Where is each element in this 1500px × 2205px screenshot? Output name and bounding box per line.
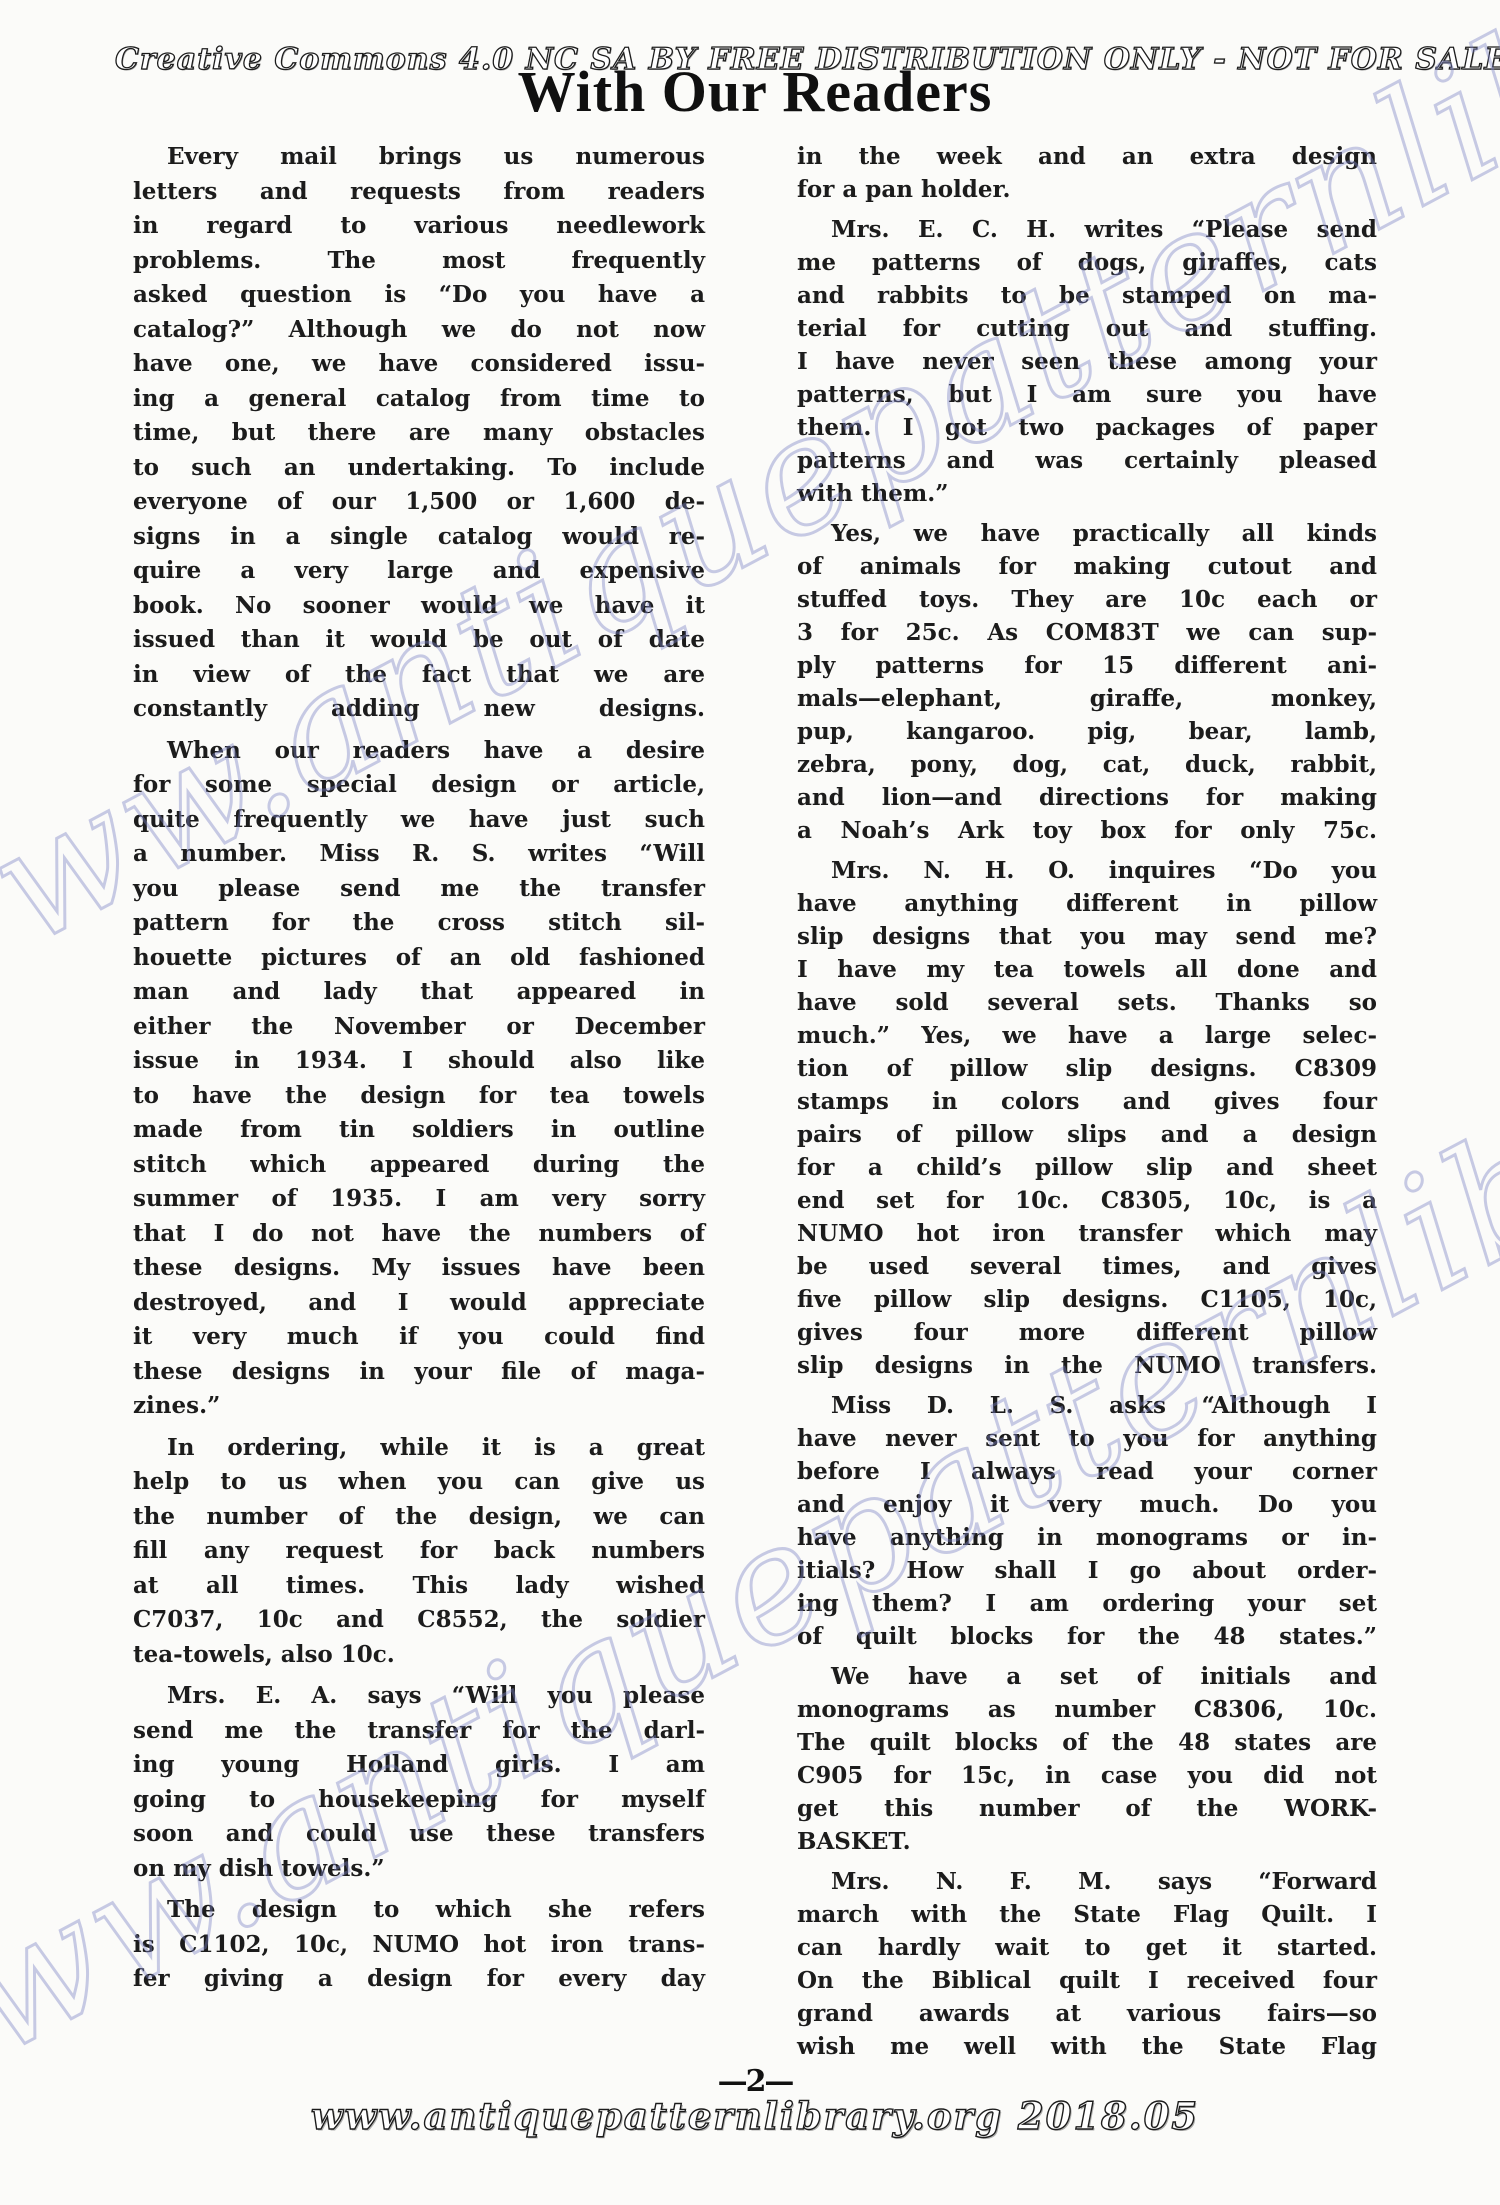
text-line: these designs in your file of maga- — [133, 1355, 705, 1390]
paragraph: We have a set of initials andmonograms a… — [797, 1660, 1377, 1858]
text-line: The quilt blocks of the 48 states are — [797, 1726, 1377, 1759]
text-line: made from tin soldiers in outline — [133, 1113, 705, 1148]
text-line: quite frequently we have just such — [133, 803, 705, 838]
paragraph: Miss D. L. S. asks “Although Ihave never… — [797, 1389, 1377, 1653]
text-line: these designs. My issues have been — [133, 1251, 705, 1286]
text-line: for a pan holder. — [797, 173, 1377, 206]
paragraph: The design to which she refersis C1102, … — [133, 1893, 705, 1997]
text-line: five pillow slip designs. C1105, 10c, — [797, 1283, 1377, 1316]
text-line: in view of the fact that we are — [133, 658, 705, 693]
text-line: can hardly wait to get it started. — [797, 1931, 1377, 1964]
text-line: with them.” — [797, 477, 1377, 510]
text-line: ing them? I am ordering your set — [797, 1587, 1377, 1620]
text-line: houette pictures of an old fashioned — [133, 941, 705, 976]
text-line: for some special design or article, — [133, 768, 705, 803]
paragraph: Mrs. E. C. H. writes “Please sendme patt… — [797, 213, 1377, 510]
text-line: In ordering, while it is a great — [133, 1431, 705, 1466]
text-line: Mrs. E. C. H. writes “Please send — [797, 213, 1377, 246]
text-line: wish me well with the State Flag — [797, 2030, 1377, 2063]
text-line: a Noah’s Ark toy box for only 75c. — [797, 814, 1377, 847]
text-line: to have the design for tea towels — [133, 1079, 705, 1114]
text-line: send me the transfer for the darl- — [133, 1714, 705, 1749]
text-line: tea-towels, also 10c. — [133, 1638, 705, 1673]
text-line: C7037, 10c and C8552, the soldier — [133, 1603, 705, 1638]
text-line: C905 for 15c, in case you did not — [797, 1759, 1377, 1792]
text-line: in the week and an extra design — [797, 140, 1377, 173]
text-line: Mrs. N. F. M. says “Forward — [797, 1865, 1377, 1898]
text-line: itials? How shall I go about order- — [797, 1554, 1377, 1587]
text-line: NUMO hot iron transfer which may — [797, 1217, 1377, 1250]
text-line: book. No sooner would we have it — [133, 589, 705, 624]
text-line: pup, kangaroo. pig, bear, lamb, — [797, 715, 1377, 748]
text-line: get this number of the WORK- — [797, 1792, 1377, 1825]
text-line: mals—elephant, giraffe, monkey, — [797, 682, 1377, 715]
text-line: either the November or December — [133, 1010, 705, 1045]
text-line: have anything different in pillow — [797, 887, 1377, 920]
paragraph: Every mail brings us numerousletters and… — [133, 140, 705, 727]
text-line: 3 for 25c. As COM83T we can sup- — [797, 616, 1377, 649]
text-line: me patterns of dogs, giraffes, cats — [797, 246, 1377, 279]
text-line: a number. Miss R. S. writes “Will — [133, 837, 705, 872]
text-line: signs in a single catalog would re- — [133, 520, 705, 555]
paragraph: When our readers have a desirefor some s… — [133, 734, 705, 1424]
text-line: soon and could use these transfers — [133, 1817, 705, 1852]
text-line: asked question is “Do you have a — [133, 278, 705, 313]
text-line: slip designs that you may send me? — [797, 920, 1377, 953]
text-line: it very much if you could find — [133, 1320, 705, 1355]
text-line: them. I got two packages of paper — [797, 411, 1377, 444]
text-line: pattern for the cross stitch sil- — [133, 906, 705, 941]
text-line: on my dish towels.” — [133, 1852, 705, 1887]
text-line: destroyed, and I would appreciate — [133, 1286, 705, 1321]
text-line: problems. The most frequently — [133, 244, 705, 279]
text-line: quire a very large and expensive — [133, 554, 705, 589]
text-line: When our readers have a desire — [133, 734, 705, 769]
footer-credit: www.antiquepatternlibrary.org 2018.05 — [130, 2094, 1380, 2138]
text-line: summer of 1935. I am very sorry — [133, 1182, 705, 1217]
text-line: I have my tea towels all done and — [797, 953, 1377, 986]
paragraph: Mrs. E. A. says “Will you pleasesend me … — [133, 1679, 705, 1886]
text-line: stitch which appeared during the — [133, 1148, 705, 1183]
text-line: at all times. This lady wished — [133, 1569, 705, 1604]
text-line: patterns and was certainly pleased — [797, 444, 1377, 477]
text-line: constantly adding new designs. — [133, 692, 705, 727]
text-line: patterns, but I am sure you have — [797, 378, 1377, 411]
text-line: to such an undertaking. To include — [133, 451, 705, 486]
text-line: that I do not have the numbers of — [133, 1217, 705, 1252]
text-line: end set for 10c. C8305, 10c, is a — [797, 1184, 1377, 1217]
text-line: slip designs in the NUMO transfers. — [797, 1349, 1377, 1382]
text-line: terial for cutting out and stuffing. — [797, 312, 1377, 345]
text-line: letters and requests from readers — [133, 175, 705, 210]
paragraph: In ordering, while it is a greathelp to … — [133, 1431, 705, 1673]
text-line: have one, we have considered issu- — [133, 347, 705, 382]
text-line: much.” Yes, we have a large selec- — [797, 1019, 1377, 1052]
paragraph: Mrs. N. F. M. says “Forwardmarch with th… — [797, 1865, 1377, 2063]
text-line: issued than it would be out of date — [133, 623, 705, 658]
text-line: and lion—and directions for making — [797, 781, 1377, 814]
text-line: you please send me the transfer — [133, 872, 705, 907]
text-line: Mrs. N. H. O. inquires “Do you — [797, 854, 1377, 887]
text-line: have never sent to you for anything — [797, 1422, 1377, 1455]
text-line: Every mail brings us numerous — [133, 140, 705, 175]
text-line: ing a general catalog from time to — [133, 382, 705, 417]
text-line: pairs of pillow slips and a design — [797, 1118, 1377, 1151]
text-line: going to housekeeping for myself — [133, 1783, 705, 1818]
text-line: be used several times, and gives — [797, 1250, 1377, 1283]
text-line: and enjoy it very much. Do you — [797, 1488, 1377, 1521]
text-line: and rabbits to be stamped on ma- — [797, 279, 1377, 312]
text-line: man and lady that appeared in — [133, 975, 705, 1010]
text-line: for a child’s pillow slip and sheet — [797, 1151, 1377, 1184]
text-line: We have a set of initials and — [797, 1660, 1377, 1693]
text-line: grand awards at various fairs—so — [797, 1997, 1377, 2030]
text-line: BASKET. — [797, 1825, 1377, 1858]
paragraph: Yes, we have practically all kindsof ani… — [797, 517, 1377, 847]
text-line: Miss D. L. S. asks “Although I — [797, 1389, 1377, 1422]
text-line: Mrs. E. A. says “Will you please — [133, 1679, 705, 1714]
text-line: is C1102, 10c, NUMO hot iron trans- — [133, 1928, 705, 1963]
text-line: ing young Holland girls. I am — [133, 1748, 705, 1783]
text-line: monograms as number C8306, 10c. — [797, 1693, 1377, 1726]
article-body: Every mail brings us numerousletters and… — [133, 140, 1377, 2070]
text-line: zebra, pony, dog, cat, duck, rabbit, — [797, 748, 1377, 781]
text-line: fer giving a design for every day — [133, 1962, 705, 1997]
text-line: gives four more different pillow — [797, 1316, 1377, 1349]
column-right: in the week and an extra designfor a pan… — [797, 140, 1377, 2070]
text-line: stamps in colors and gives four — [797, 1085, 1377, 1118]
text-line: I have never seen these among your — [797, 345, 1377, 378]
text-line: time, but there are many obstacles — [133, 416, 705, 451]
column-left: Every mail brings us numerousletters and… — [133, 140, 705, 2070]
text-line: of animals for making cutout and — [797, 550, 1377, 583]
text-line: stuffed toys. They are 10c each or — [797, 583, 1377, 616]
scanned-magazine-page: Creative Commons 4.0 NC SA BY FREE DISTR… — [0, 0, 1500, 2205]
text-line: ply patterns for 15 different ani- — [797, 649, 1377, 682]
text-line: the number of the design, we can — [133, 1500, 705, 1535]
text-line: catalog?” Although we do not now — [133, 313, 705, 348]
text-line: of quilt blocks for the 48 states.” — [797, 1620, 1377, 1653]
text-line: issue in 1934. I should also like — [133, 1044, 705, 1079]
paragraph: in the week and an extra designfor a pan… — [797, 140, 1377, 206]
text-line: have sold several sets. Thanks so — [797, 986, 1377, 1019]
text-line: tion of pillow slip designs. C8309 — [797, 1052, 1377, 1085]
text-line: The design to which she refers — [133, 1893, 705, 1928]
text-line: everyone of our 1,500 or 1,600 de- — [133, 485, 705, 520]
paragraph: Mrs. N. H. O. inquires “Do youhave anyth… — [797, 854, 1377, 1382]
text-line: zines.” — [133, 1389, 705, 1424]
page-title: With Our Readers — [130, 62, 1380, 122]
text-line: in regard to various needlework — [133, 209, 705, 244]
text-line: help to us when you can give us — [133, 1465, 705, 1500]
text-line: fill any request for back numbers — [133, 1534, 705, 1569]
text-line: have anything in monograms or in- — [797, 1521, 1377, 1554]
text-line: On the Biblical quilt I received four — [797, 1964, 1377, 1997]
text-line: march with the State Flag Quilt. I — [797, 1898, 1377, 1931]
text-line: before I always read your corner — [797, 1455, 1377, 1488]
text-line: Yes, we have practically all kinds — [797, 517, 1377, 550]
